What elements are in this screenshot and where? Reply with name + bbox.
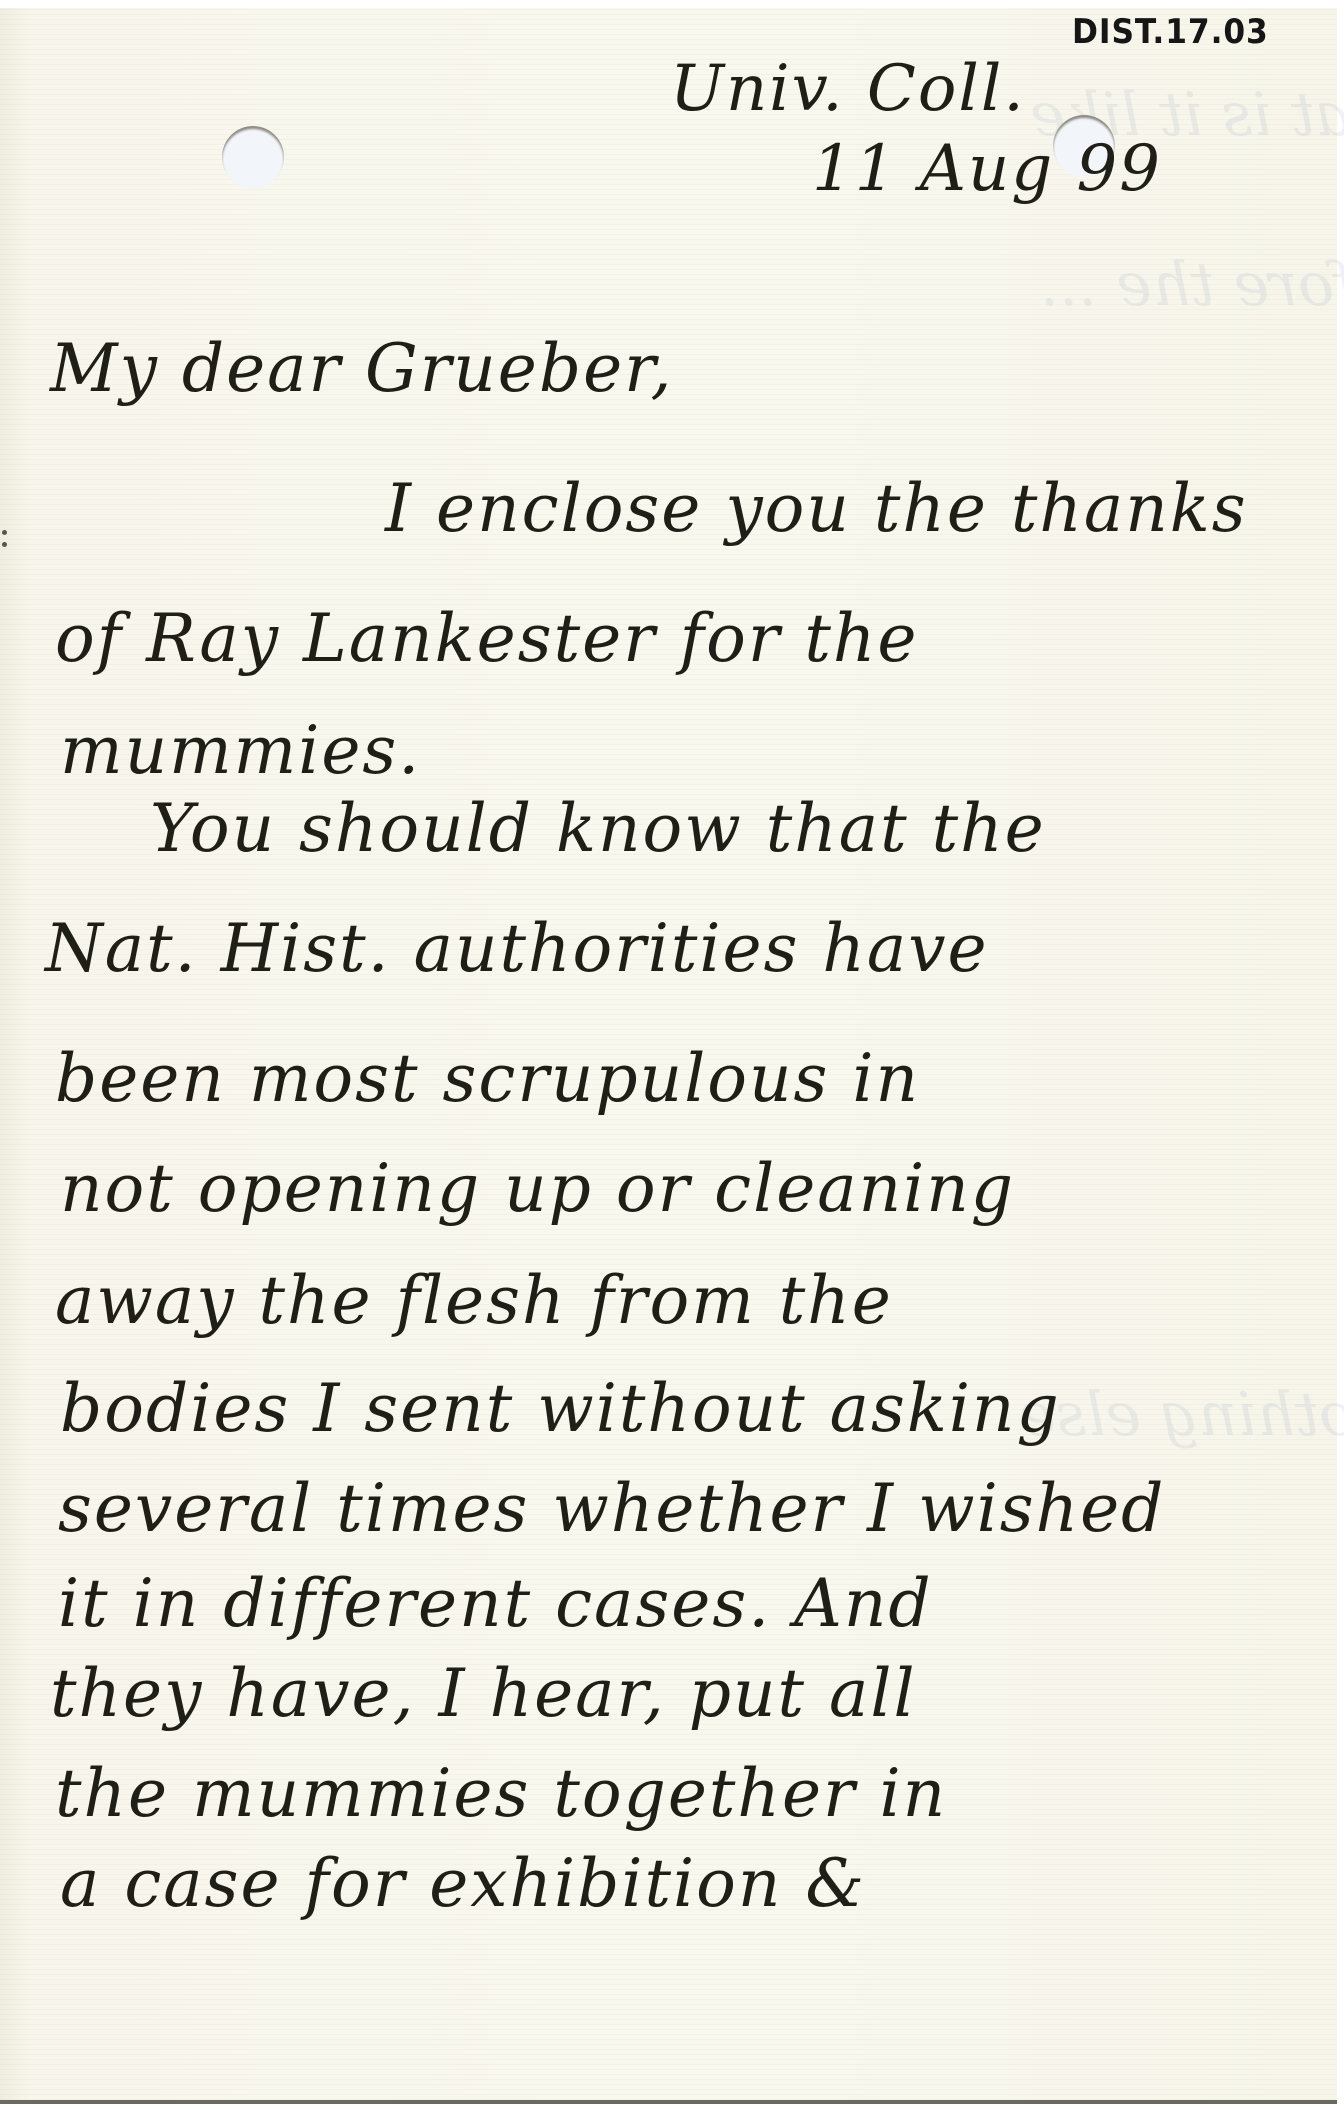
punch-hole-left bbox=[222, 126, 284, 188]
margin-mark bbox=[2, 530, 7, 535]
body-line: away the flesh from the bbox=[55, 1262, 893, 1339]
body-line: bodies I sent without asking bbox=[60, 1370, 1061, 1447]
body-line: You should know that the bbox=[150, 790, 1046, 867]
body-line: it in different cases. And bbox=[58, 1565, 933, 1642]
archive-reference: DIST.17.03 bbox=[1072, 12, 1269, 52]
body-line: the mummies together in bbox=[55, 1755, 947, 1832]
body-line: mummies. bbox=[60, 712, 421, 789]
show-through-text: before the ... bbox=[1040, 250, 1344, 320]
body-line: not opening up or cleaning bbox=[60, 1150, 1015, 1227]
body-line: several times whether I wished bbox=[58, 1470, 1165, 1547]
letter-date: 11 Aug 99 bbox=[812, 132, 1162, 206]
salutation: My dear Grueber, bbox=[50, 330, 673, 407]
body-line: of Ray Lankester for the bbox=[55, 600, 918, 677]
body-line: Nat. Hist. authorities have bbox=[45, 910, 989, 987]
body-line: been most scrupulous in bbox=[55, 1040, 920, 1117]
body-line: I enclose you the thanks bbox=[385, 470, 1248, 547]
scan-margin bbox=[1337, 8, 1344, 2104]
sender-address: Univ. Coll. bbox=[670, 52, 1026, 126]
body-line: a case for exhibition & bbox=[60, 1845, 866, 1922]
show-through-text: Nothing else bbox=[1020, 1380, 1344, 1450]
margin-mark bbox=[2, 542, 7, 547]
body-line: they have, I hear, put all bbox=[50, 1655, 917, 1732]
